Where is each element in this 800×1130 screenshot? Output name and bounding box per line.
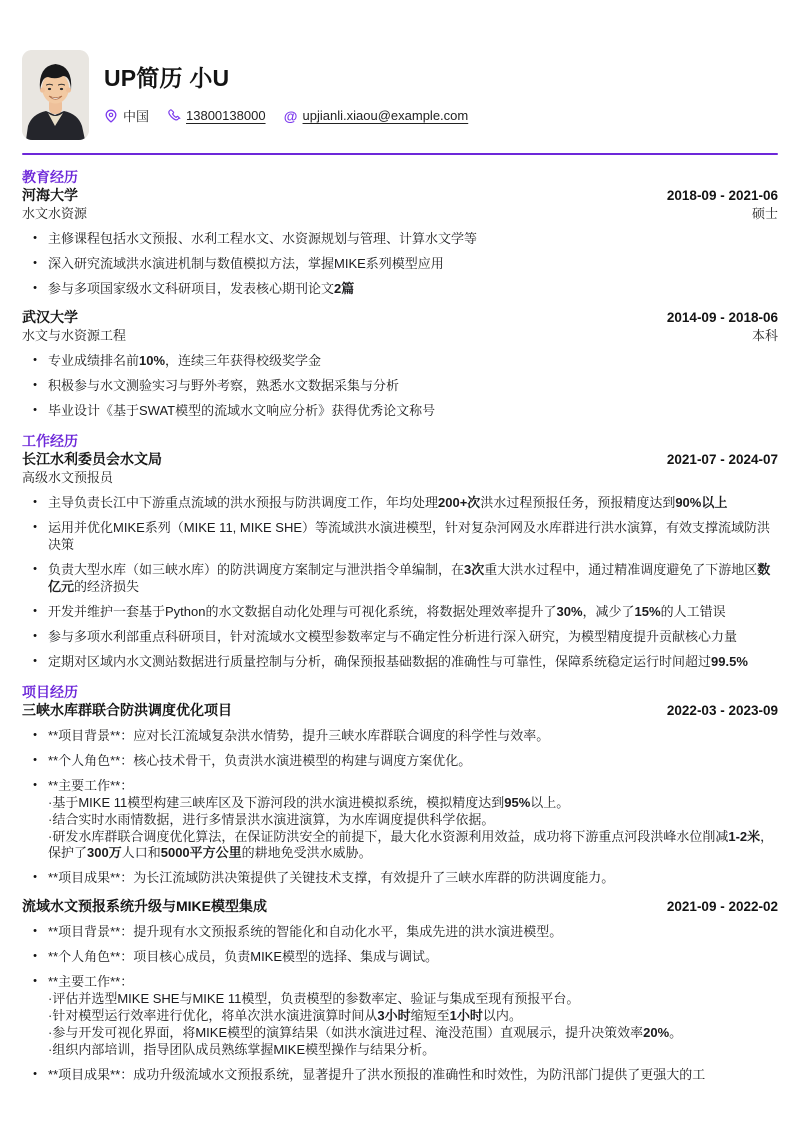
- bullet-text: **主要工作**：·评估并选型MIKE SHE与MIKE 11模型，负责模型的参…: [48, 973, 778, 1058]
- entry-role: 水文水资源: [22, 205, 87, 222]
- bullet-item: •**个人角色**：项目核心成员，负责MIKE模型的选择、集成与调试。: [22, 948, 778, 965]
- text-run: 重大洪水过程中，通过精准调度避免了下游地区: [484, 562, 757, 577]
- bullet-subline: ·组织内部培训，指导团队成员熟练掌握MIKE模型操作与结果分析。: [48, 1042, 778, 1058]
- bullet-dot-icon: •: [22, 1066, 48, 1083]
- contact-phone-text[interactable]: 13800138000: [186, 108, 266, 123]
- bullet-item: •**项目成果**：为长江流域防洪决策提供了关键技术支撑，有效提升了三峡水库群的…: [22, 869, 778, 886]
- bullet-item: •主导负责长江中下游重点流域的洪水预报与防洪调度工作，年均处理200+次洪水过程…: [22, 494, 778, 511]
- bullet-item: •**主要工作**：·基于MIKE 11模型构建三峡库区及下游河段的洪水演进模拟…: [22, 777, 778, 861]
- text-run: 95%: [504, 795, 530, 810]
- text-run: 人口和: [122, 845, 161, 860]
- bullet-item: •定期对区域内水文测站数据进行质量控制与分析，确保预报基础数据的准确性与可靠性，…: [22, 653, 778, 670]
- bullet-subline: ·结合实时水雨情数据，进行多情景洪水演进演算，为水库调度提供科学依据。: [48, 812, 778, 828]
- bullet-item: •深入研究流域洪水演进机制与数值模拟方法，掌握MIKE系列模型应用: [22, 255, 778, 272]
- text-run: 3小时: [377, 1008, 410, 1023]
- bullet-dot-icon: •: [22, 402, 48, 419]
- bullet-text: **项目成果**：为长江流域防洪决策提供了关键技术支撑，有效提升了三峡水库群的防…: [48, 869, 778, 886]
- text-run: 积极参与水文测验实习与野外考察，熟悉水文数据采集与分析: [48, 378, 399, 393]
- text-run: 主修课程包括水文预报、水利工程水文、水资源规划与管理、计算水文学等: [48, 231, 477, 246]
- entry-org: 河海大学: [22, 187, 78, 204]
- bullet-dot-icon: •: [22, 727, 48, 744]
- bullet-dot-icon: •: [22, 280, 48, 297]
- bullet-item: •主修课程包括水文预报、水利工程水文、水资源规划与管理、计算水文学等: [22, 230, 778, 247]
- resume-page: UP简历 小U 中国: [0, 0, 800, 1130]
- resume-entry: 长江水利委员会水文局2021-07 - 2024-07高级水文预报员•主导负责长…: [22, 451, 778, 670]
- entry-date: 2014-09 - 2018-06: [667, 310, 778, 325]
- resume-sections: 教育经历河海大学2018-09 - 2021-06水文水资源硕士•主修课程包括水…: [22, 169, 778, 1083]
- text-run: 200+次: [438, 495, 480, 510]
- text-run: 1小时: [450, 1008, 483, 1023]
- entry-subrow: 水文与水资源工程本科: [22, 327, 778, 344]
- text-run: 30%: [556, 604, 582, 619]
- bullet-dot-icon: •: [22, 603, 48, 620]
- contact-location: 中国: [104, 106, 149, 125]
- section-title: 项目经历: [22, 684, 778, 701]
- entry-org: 长江水利委员会水文局: [22, 451, 162, 468]
- section-title: 教育经历: [22, 169, 778, 186]
- text-run: 300万: [87, 845, 122, 860]
- entry-head: 武汉大学2014-09 - 2018-06: [22, 309, 778, 326]
- bullet-item: •**项目背景**：提升现有水文预报系统的智能化和自动化水平，集成先进的洪水演进…: [22, 923, 778, 940]
- text-run: 99.5%: [711, 654, 748, 669]
- text-run: 的耕地免受洪水威胁。: [242, 845, 372, 860]
- bullet-subline: ·参与开发可视化界面，将MIKE模型的演算结果（如洪水演进过程、淹没范围）直观展…: [48, 1025, 778, 1041]
- text-run: **主要工作**：: [48, 974, 133, 989]
- resume-section: 项目经历三峡水库群联合防洪调度优化项目2022-03 - 2023-09•**项…: [22, 684, 778, 1083]
- bullet-text: 负责大型水库（如三峡水库）的防洪调度方案制定与泄洪指令单编制，在3次重大洪水过程…: [48, 561, 778, 595]
- bullet-text: 主导负责长江中下游重点流域的洪水预报与防洪调度工作，年均处理200+次洪水过程预…: [48, 494, 778, 511]
- bullet-item: •毕业设计《基于SWAT模型的流域水文响应分析》获得优秀论文称号: [22, 402, 778, 419]
- bullet-list: •**项目背景**：应对长江流域复杂洪水情势，提升三峡水库群联合调度的科学性与效…: [22, 727, 778, 886]
- text-run: 参与多项国家级水文科研项目，发表核心期刊论文: [48, 281, 334, 296]
- bullet-list: •专业成绩排名前10%，连续三年获得校级奖学金•积极参与水文测验实习与野外考察，…: [22, 352, 778, 419]
- resume-entry: 三峡水库群联合防洪调度优化项目2022-03 - 2023-09•**项目背景*…: [22, 702, 778, 886]
- entry-head: 河海大学2018-09 - 2021-06: [22, 187, 778, 204]
- text-run: **主要工作**：: [48, 778, 133, 793]
- bullet-dot-icon: •: [22, 255, 48, 272]
- bullet-text: 开发并维护一套基于Python的水文数据自动化处理与可视化系统，将数据处理效率提…: [48, 603, 778, 620]
- bullet-item: •**项目成果**：成功升级流域水文预报系统，显著提升了洪水预报的准确性和时效性…: [22, 1066, 778, 1083]
- text-run: 的经济损失: [74, 579, 139, 594]
- text-run: 开发并维护一套基于Python的水文数据自动化处理与可视化系统，将数据处理效率提…: [48, 604, 556, 619]
- bullet-text: 参与多项水利部重点科研项目，针对流域水文模型参数率定与不确定性分析进行深入研究，…: [48, 628, 778, 645]
- entry-role: 水文与水资源工程: [22, 327, 126, 344]
- text-run: ，减少了: [583, 604, 635, 619]
- contact-phone: 13800138000: [167, 108, 266, 123]
- text-run: **项目背景**：提升现有水文预报系统的智能化和自动化水平，集成先进的洪水演进模…: [48, 924, 562, 939]
- text-run: **个人角色**：项目核心成员，负责MIKE模型的选择、集成与调试。: [48, 949, 438, 964]
- bullet-item: •负责大型水库（如三峡水库）的防洪调度方案制定与泄洪指令单编制，在3次重大洪水过…: [22, 561, 778, 595]
- bullet-dot-icon: •: [22, 948, 48, 965]
- text-run: 深入研究流域洪水演进机制与数值模拟方法，掌握MIKE系列模型应用: [48, 256, 444, 271]
- bullet-item: •积极参与水文测验实习与野外考察，熟悉水文数据采集与分析: [22, 377, 778, 394]
- text-run: ·针对模型运行效率进行优化，将单次洪水演进演算时间从: [48, 1008, 377, 1023]
- text-run: 洪水过程预报任务，预报精度达到: [480, 495, 675, 510]
- entry-org: 武汉大学: [22, 309, 78, 326]
- contact-email-text[interactable]: upjianli.xiaou@example.com: [303, 108, 469, 123]
- candidate-name: UP简历 小U: [104, 60, 468, 93]
- text-run: ·基于MIKE 11模型构建三峡库区及下游河段的洪水演进模拟系统，模拟精度达到: [48, 795, 504, 810]
- resume-entry: 流域水文预报系统升级与MIKE模型集成2021-09 - 2022-02•**项…: [22, 898, 778, 1083]
- text-run: **项目成果**：成功升级流域水文预报系统，显著提升了洪水预报的准确性和时效性，…: [48, 1067, 705, 1082]
- bullet-dot-icon: •: [22, 519, 48, 553]
- entry-date: 2021-09 - 2022-02: [667, 899, 778, 914]
- header-info: UP简历 小U 中国: [104, 50, 468, 125]
- entry-org: 三峡水库群联合防洪调度优化项目: [22, 702, 232, 719]
- text-run: **项目背景**：应对长江流域复杂洪水情势，提升三峡水库群联合调度的科学性与效率…: [48, 728, 549, 743]
- entry-subrow: 高级水文预报员: [22, 469, 778, 486]
- bullet-text: **个人角色**：核心技术骨干，负责洪水演进模型的构建与调度方案优化。: [48, 752, 778, 769]
- text-run: 运用并优化MIKE系列（MIKE 11, MIKE SHE）等流域洪水演进模型，…: [48, 520, 770, 552]
- resume-entry: 河海大学2018-09 - 2021-06水文水资源硕士•主修课程包括水文预报、…: [22, 187, 778, 297]
- text-run: **个人角色**：核心技术骨干，负责洪水演进模型的构建与调度方案优化。: [48, 753, 471, 768]
- bullet-text: 主修课程包括水文预报、水利工程水文、水资源规划与管理、计算水文学等: [48, 230, 778, 247]
- bullet-text: 积极参与水文测验实习与野外考察，熟悉水文数据采集与分析: [48, 377, 778, 394]
- bullet-text: 专业成绩排名前10%，连续三年获得校级奖学金: [48, 352, 778, 369]
- profile-photo-illustration: [22, 50, 89, 140]
- text-run: 2篇: [334, 281, 354, 296]
- bullet-text: 运用并优化MIKE系列（MIKE 11, MIKE SHE）等流域洪水演进模型，…: [48, 519, 778, 553]
- header-divider: [22, 153, 778, 155]
- resume-header: UP简历 小U 中国: [22, 0, 778, 140]
- entry-date: 2018-09 - 2021-06: [667, 188, 778, 203]
- text-run: 1-2米: [728, 829, 760, 844]
- bullet-dot-icon: •: [22, 869, 48, 886]
- bullet-item: •**个人角色**：核心技术骨干，负责洪水演进模型的构建与调度方案优化。: [22, 752, 778, 769]
- bullet-text: 参与多项国家级水文科研项目，发表核心期刊论文2篇: [48, 280, 778, 297]
- text-run: 主导负责长江中下游重点流域的洪水预报与防洪调度工作，年均处理: [48, 495, 438, 510]
- text-run: ·结合实时水雨情数据，进行多情景洪水演进演算，为水库调度提供科学依据。: [48, 812, 494, 827]
- entry-date: 2021-07 - 2024-07: [667, 452, 778, 467]
- bullet-dot-icon: •: [22, 230, 48, 247]
- text-run: 90%以上: [675, 495, 727, 510]
- bullet-dot-icon: •: [22, 377, 48, 394]
- at-icon: @: [284, 109, 298, 123]
- bullet-text: 定期对区域内水文测站数据进行质量控制与分析，确保预报基础数据的准确性与可靠性，保…: [48, 653, 778, 670]
- entry-head: 三峡水库群联合防洪调度优化项目2022-03 - 2023-09: [22, 702, 778, 719]
- text-run: ·参与开发可视化界面，将MIKE模型的演算结果（如洪水演进过程、淹没范围）直观展…: [48, 1025, 643, 1040]
- text-run: ，连续三年获得校级奖学金: [165, 353, 321, 368]
- text-run: **项目成果**：为长江流域防洪决策提供了关键技术支撑，有效提升了三峡水库群的防…: [48, 870, 614, 885]
- text-run: ·研发水库群联合调度优化算法，在保证防洪安全的前提下，最大化水资源利用效益，成功…: [48, 829, 728, 844]
- bullet-subline: ·基于MIKE 11模型构建三峡库区及下游河段的洪水演进模拟系统，模拟精度达到9…: [48, 795, 778, 811]
- entry-date: 2022-03 - 2023-09: [667, 703, 778, 718]
- entry-degree: 硕士: [752, 205, 778, 222]
- entry-subrow: 水文水资源硕士: [22, 205, 778, 222]
- resume-entry: 武汉大学2014-09 - 2018-06水文与水资源工程本科•专业成绩排名前1…: [22, 309, 778, 419]
- bullet-dot-icon: •: [22, 653, 48, 670]
- bullet-dot-icon: •: [22, 923, 48, 940]
- text-run: 负责大型水库（如三峡水库）的防洪调度方案制定与泄洪指令单编制，在: [48, 562, 464, 577]
- bullet-text: **项目背景**：应对长江流域复杂洪水情势，提升三峡水库群联合调度的科学性与效率…: [48, 727, 778, 744]
- text-run: 缩短至: [411, 1008, 450, 1023]
- entry-org: 流域水文预报系统升级与MIKE模型集成: [22, 898, 267, 915]
- text-run: 15%: [635, 604, 661, 619]
- bullet-dot-icon: •: [22, 777, 48, 861]
- bullet-list: •**项目背景**：提升现有水文预报系统的智能化和自动化水平，集成先进的洪水演进…: [22, 923, 778, 1083]
- bullet-item: •专业成绩排名前10%，连续三年获得校级奖学金: [22, 352, 778, 369]
- section-title: 工作经历: [22, 433, 778, 450]
- text-run: 专业成绩排名前: [48, 353, 139, 368]
- phone-icon: [167, 109, 181, 123]
- bullet-item: •开发并维护一套基于Python的水文数据自动化处理与可视化系统，将数据处理效率…: [22, 603, 778, 620]
- bullet-item: •**项目背景**：应对长江流域复杂洪水情势，提升三峡水库群联合调度的科学性与效…: [22, 727, 778, 744]
- bullet-list: •主导负责长江中下游重点流域的洪水预报与防洪调度工作，年均处理200+次洪水过程…: [22, 494, 778, 670]
- bullet-dot-icon: •: [22, 561, 48, 595]
- text-run: 20%: [643, 1025, 669, 1040]
- bullet-subline: ·研发水库群联合调度优化算法，在保证防洪安全的前提下，最大化水资源利用效益，成功…: [48, 829, 778, 861]
- text-run: 定期对区域内水文测站数据进行质量控制与分析，确保预报基础数据的准确性与可靠性，保…: [48, 654, 711, 669]
- bullet-item: •**主要工作**：·评估并选型MIKE SHE与MIKE 11模型，负责模型的…: [22, 973, 778, 1058]
- bullet-text: 毕业设计《基于SWAT模型的流域水文响应分析》获得优秀论文称号: [48, 402, 778, 419]
- text-run: ·组织内部培训，指导团队成员熟练掌握MIKE模型操作与结果分析。: [48, 1042, 435, 1057]
- bullet-dot-icon: •: [22, 973, 48, 1058]
- bullet-text: **个人角色**：项目核心成员，负责MIKE模型的选择、集成与调试。: [48, 948, 778, 965]
- entry-head: 长江水利委员会水文局2021-07 - 2024-07: [22, 451, 778, 468]
- resume-section: 教育经历河海大学2018-09 - 2021-06水文水资源硕士•主修课程包括水…: [22, 169, 778, 419]
- bullet-item: •运用并优化MIKE系列（MIKE 11, MIKE SHE）等流域洪水演进模型…: [22, 519, 778, 553]
- bullet-dot-icon: •: [22, 352, 48, 369]
- profile-photo: [22, 50, 89, 140]
- bullet-dot-icon: •: [22, 494, 48, 511]
- text-run: 。: [669, 1025, 682, 1040]
- location-pin-icon: [104, 109, 118, 123]
- bullet-text: 深入研究流域洪水演进机制与数值模拟方法，掌握MIKE系列模型应用: [48, 255, 778, 272]
- bullet-item: •参与多项国家级水文科研项目，发表核心期刊论文2篇: [22, 280, 778, 297]
- contact-row: 中国 13800138000 @ upjianli.xiaou@example.…: [104, 106, 468, 125]
- text-run: ·评估并选型MIKE SHE与MIKE 11模型，负责模型的参数率定、验证与集成…: [48, 991, 579, 1006]
- bullet-subline: ·评估并选型MIKE SHE与MIKE 11模型，负责模型的参数率定、验证与集成…: [48, 991, 778, 1007]
- bullet-subline: ·针对模型运行效率进行优化，将单次洪水演进演算时间从3小时缩短至1小时以内。: [48, 1008, 778, 1024]
- bullet-text: **项目背景**：提升现有水文预报系统的智能化和自动化水平，集成先进的洪水演进模…: [48, 923, 778, 940]
- entry-degree: 本科: [752, 327, 778, 344]
- entry-head: 流域水文预报系统升级与MIKE模型集成2021-09 - 2022-02: [22, 898, 778, 915]
- text-run: 以上。: [530, 795, 569, 810]
- text-run: 5000平方公里: [161, 845, 242, 860]
- bullet-item: •参与多项水利部重点科研项目，针对流域水文模型参数率定与不确定性分析进行深入研究…: [22, 628, 778, 645]
- bullet-dot-icon: •: [22, 628, 48, 645]
- bullet-text: **项目成果**：成功升级流域水文预报系统，显著提升了洪水预报的准确性和时效性，…: [48, 1066, 778, 1083]
- resume-section: 工作经历长江水利委员会水文局2021-07 - 2024-07高级水文预报员•主…: [22, 433, 778, 670]
- text-run: 参与多项水利部重点科研项目，针对流域水文模型参数率定与不确定性分析进行深入研究，…: [48, 629, 737, 644]
- bullet-list: •主修课程包括水文预报、水利工程水文、水资源规划与管理、计算水文学等•深入研究流…: [22, 230, 778, 297]
- contact-location-text: 中国: [123, 106, 149, 125]
- contact-email: @ upjianli.xiaou@example.com: [284, 108, 469, 123]
- text-run: 10%: [139, 353, 165, 368]
- bullet-dot-icon: •: [22, 752, 48, 769]
- text-run: 3次: [464, 562, 484, 577]
- text-run: 以内。: [483, 1008, 522, 1023]
- bullet-text: **主要工作**：·基于MIKE 11模型构建三峡库区及下游河段的洪水演进模拟系…: [48, 777, 778, 861]
- entry-role: 高级水文预报员: [22, 469, 113, 486]
- text-run: 的人工错误: [661, 604, 726, 619]
- text-run: 毕业设计《基于SWAT模型的流域水文响应分析》获得优秀论文称号: [48, 403, 435, 418]
